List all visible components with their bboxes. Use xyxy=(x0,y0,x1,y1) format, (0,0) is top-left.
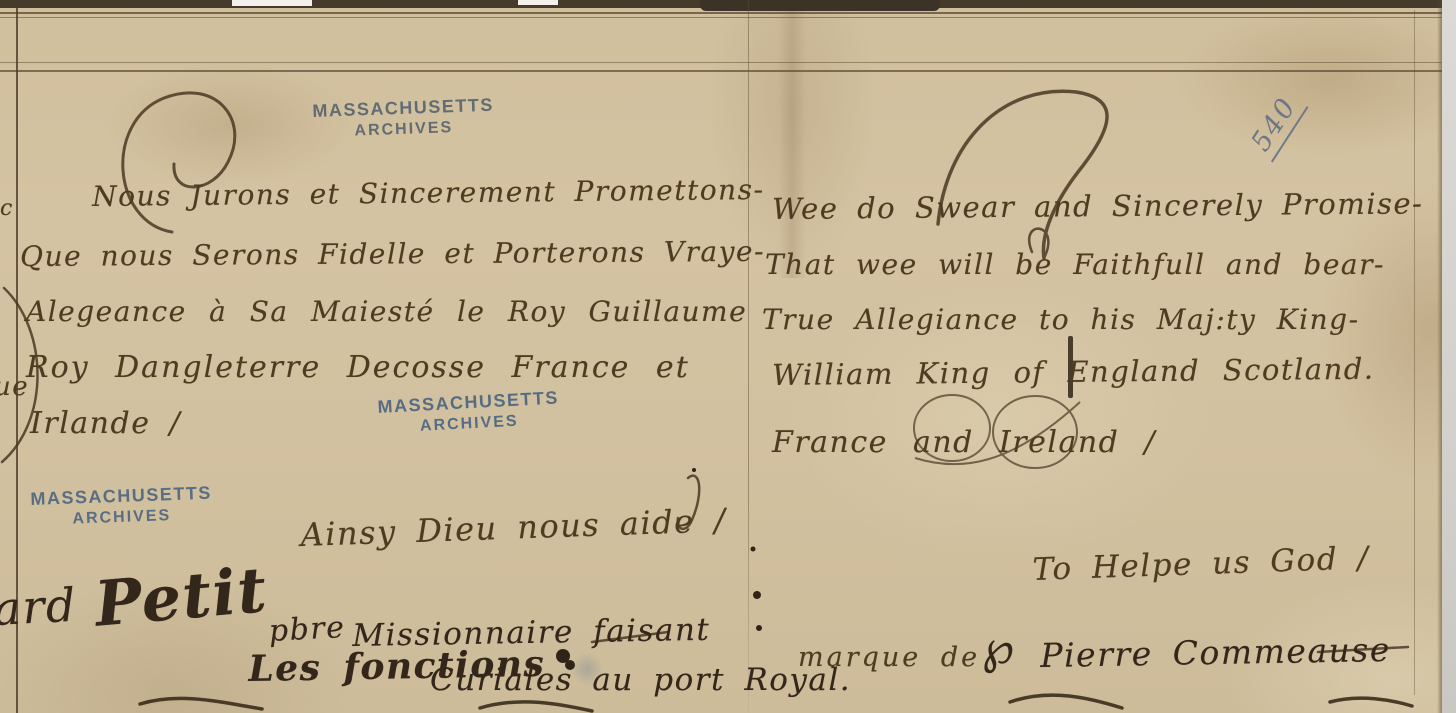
ruled-line-horizontal xyxy=(0,17,1442,18)
torn-edge-notch xyxy=(232,0,312,6)
signature-petit-title: pbre xyxy=(268,610,346,649)
english-oath-line-4: William King of England Scotland. xyxy=(772,352,1375,392)
personal-mark-glyph: ℘ xyxy=(982,620,1016,674)
english-oath-line-5: France and Ireland / xyxy=(772,425,1156,460)
french-oath-line-3: Alegeance à Sa Maiesté le Roy Guillaume xyxy=(26,295,747,328)
massachusetts-archives-stamp: MASSACHUSETTS ARCHIVES xyxy=(312,94,495,143)
french-oath-line-1: Nous Jurons et Sincerement Promettons- xyxy=(92,173,765,213)
paper-fold-shadow xyxy=(778,8,806,278)
french-oath-line-2: Que nous Serons Fidelle et Porterons Vra… xyxy=(20,235,765,273)
massachusetts-archives-stamp: MASSACHUSETTS ARCHIVES xyxy=(30,482,213,531)
margin-fragment-bottom: ard xyxy=(0,578,78,636)
scanner-background xyxy=(1442,0,1456,713)
signature-pierre-commeause: Pierre Commeause xyxy=(1040,630,1391,675)
signature-role-line2-rest: Curiales au port Royal. xyxy=(430,662,851,698)
english-oath-line-3: True Allegiance to his Maj:ty King- xyxy=(762,303,1360,336)
manuscript-page: MASSACHUSETTS ARCHIVES MASSACHUSETTS ARC… xyxy=(0,0,1456,713)
margin-fragment-middle: ue xyxy=(0,372,29,402)
ruled-line-vertical-right xyxy=(1414,10,1415,695)
ruled-line-horizontal xyxy=(0,62,1442,63)
stamp-bleed-through xyxy=(570,652,604,686)
torn-edge-notch xyxy=(518,0,558,5)
french-oath-line-4: Roy Dangleterre Decosse France et xyxy=(26,350,690,385)
signature-petit: Petit xyxy=(92,553,270,641)
ruled-line-horizontal xyxy=(0,12,1442,14)
torn-top-edge-thick xyxy=(700,0,940,11)
french-oath-line-5: Irlande / xyxy=(30,406,181,441)
english-oath-line-2: That wee will be Faithfull and bear- xyxy=(765,248,1385,281)
mark-label: marque de xyxy=(798,642,980,673)
ruled-line-vertical-center xyxy=(748,0,749,713)
margin-fragment-top: c xyxy=(0,196,14,221)
english-oath-line-1: Wee do Swear and Sincerely Promise- xyxy=(772,186,1424,226)
ruled-line-horizontal xyxy=(0,70,1442,72)
